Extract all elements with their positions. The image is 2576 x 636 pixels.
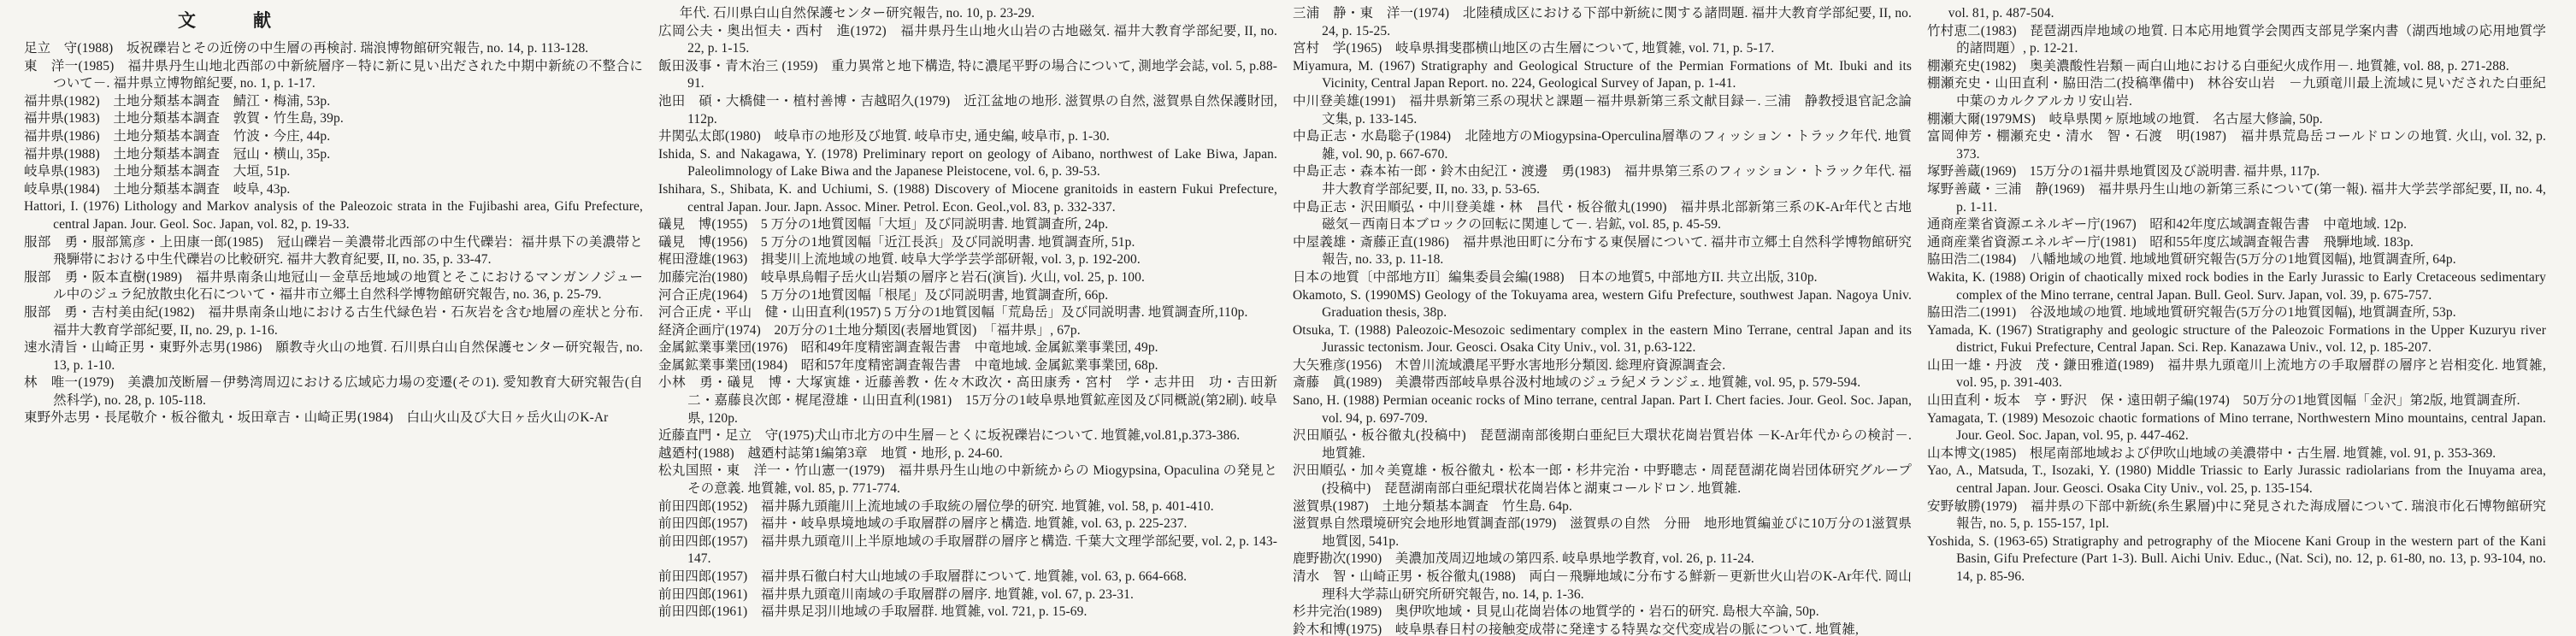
reference-entry: 中島正志・森本祐一郎・鈴木由紀江・渡邊 勇(1983) 福井県第三系のフィッショ…: [1293, 163, 1912, 198]
reference-entry: 河合正虎(1964) 5 万分の1地質図幅「根尾」及び同説明書, 地質調査所, …: [658, 287, 1277, 305]
reference-entry: 池田 碩・大橋健一・植村善博・吉越昭久(1979) 近江盆地の地形. 滋賀県の自…: [658, 93, 1277, 128]
reference-entry: 福井県(1982) 土地分類基本調査 鯖江・梅浦, 53p.: [24, 93, 643, 111]
reference-entry: 棚瀬充史・山田直利・脇田浩二(投稿準備中) 林谷安山岩 －九頭竜川最上流域に見い…: [1927, 75, 2546, 110]
reference-entry: 年代. 石川県白山自然保護センター研究報告, no. 10, p. 23-29.: [658, 5, 1277, 23]
reference-entry: Sano, H. (1988) Permian oceanic rocks of…: [1293, 392, 1912, 427]
reference-entry: 中川登美雄(1991) 福井県新第三系の現状と課題－福井県新第三系文献目録－. …: [1293, 93, 1912, 128]
reference-entry: Yamada, K. (1967) Stratigraphy and geolo…: [1927, 322, 2546, 357]
reference-entry: 井関弘太郎(1980) 岐阜市の地形及び地質. 岐阜市史, 通史編, 岐阜市, …: [658, 128, 1277, 146]
reference-entry: 脇田浩二(1991) 谷汲地域の地質. 地域地質研究報告(5万分の1地質図幅),…: [1927, 304, 2546, 322]
reference-entry: 安野敏勝(1979) 福井県の下部中新統(糸生累層)中に発見された海成層について…: [1927, 498, 2546, 533]
reference-entry: 加藤完治(1980) 岐阜県烏帽子岳火山岩類の層序と岩石(演旨). 火山, vo…: [658, 269, 1277, 287]
reference-entry: 富岡伸芳・棚瀬充史・清水 智・石渡 明(1987) 福井県荒島岳コールドロンの地…: [1927, 128, 2546, 163]
reference-entry: 棚瀬大爾(1979MS) 岐阜県関ヶ原地域の地質. 名古屋大修論, 50p.: [1927, 111, 2546, 129]
reference-entry: 塚野善蔵・三浦 静(1969) 福井県丹生山地の新第三系について(第一報). 福…: [1927, 181, 2546, 216]
reference-entry: 竹村恵二(1983) 琵琶湖西岸地域の地質. 日本応用地質学会関西支部見学案内書…: [1927, 23, 2546, 58]
reference-entry: 塚野善蔵(1969) 15万分の1福井県地質図及び説明書. 福井県, 117p.: [1927, 163, 2546, 181]
reference-entry: 広岡公夫・奥出恒夫・西村 進(1972) 福井県丹生山地火山岩の古地磁気. 福井…: [658, 23, 1277, 58]
reference-entry: Okamoto, S. (1990MS) Geology of the Toku…: [1293, 287, 1912, 322]
reference-entry: 近藤直門・足立 守(1975)犬山市北方の中生層－とくに坂祝礫岩について. 地質…: [658, 427, 1277, 445]
reference-entry: 鈴木和博(1975) 岐阜県春日村の接触変成帯に発達する特異な交代変成岩の脈につ…: [1293, 621, 1912, 636]
reference-entry: 松丸国照・東 洋一・竹山憲一(1979) 福井県丹生山地の中新統からの Miog…: [658, 462, 1277, 498]
reference-entry: 礒見 博(1955) 5 万分の1地質図幅「大垣」及び同説明書. 地質調査所, …: [658, 216, 1277, 234]
reference-entry: 岐阜県(1983) 土地分類基本調査 大垣, 51p.: [24, 163, 643, 181]
reference-entry: 飯田汲事・青木治三 (1959) 重力異常と地下構造, 特に濃尾平野の場合につい…: [658, 58, 1277, 93]
reference-entry: 通商産業省資源エネルギー庁(1981) 昭和55年度広域調査報告書 飛騨地域. …: [1927, 234, 2546, 252]
reference-entry: 清水 智・山崎正男・板谷徹丸(1988) 両白－飛騨地域に分布する鮮新－更新世火…: [1293, 568, 1912, 604]
reference-entry: 服部 勇・吉村美由紀(1982) 福井県南条山地における古生代緑色岩・石灰岩を含…: [24, 304, 643, 339]
reference-entry: Ishida, S. and Nakagawa, Y. (1978) Preli…: [658, 146, 1277, 181]
reference-entry: 金属鉱業事業団(1976) 昭和49年度精密調査報告書 中竜地域. 金属鉱業事業…: [658, 339, 1277, 357]
reference-entry: 中島正志・水島聡子(1984) 北陸地方のMiogypsina-Operculi…: [1293, 128, 1912, 163]
reference-entry: 福井県(1986) 土地分類基本調査 竹波・今庄, 44p.: [24, 128, 643, 146]
reference-entry: 沢田順弘・加々美寛雄・板谷徹丸・松本一郎・杉井完治・中野聰志・周琵琶湖花崗岩団体…: [1293, 462, 1912, 498]
reference-entry: Yoshida, S. (1963-65) Stratigraphy and p…: [1927, 533, 2546, 586]
reference-entry: 杉井完治(1989) 奥伊吹地域・貝見山花崗岩体の地質学的・岩石的研究. 島根大…: [1293, 604, 1912, 621]
reference-entry: 沢田順弘・板谷徹丸(投稿中) 琵琶湖南部後期白亜紀巨大環状花崗岩質岩体 －K-A…: [1293, 427, 1912, 462]
reference-entry: 金属鉱業事業団(1984) 昭和57年度精密調査報告書 中竜地域. 金属鉱業事業…: [658, 357, 1277, 375]
reference-entry: 通商産業省資源エネルギー庁(1967) 昭和42年度広域調査報告書 中竜地域. …: [1927, 216, 2546, 234]
reference-entry: 足立 守(1988) 坂祝礫岩とその近傍の中生層の再検討. 瑞浪博物館研究報告,…: [24, 40, 643, 58]
reference-entry: 前田四郎(1957) 福井・岐阜県境地域の手取層群の層序と構造. 地質雑, vo…: [658, 515, 1277, 533]
reference-entry: Wakita, K. (1988) Origin of chaotically …: [1927, 269, 2546, 304]
reference-entry: Miyamura, M. (1967) Stratigraphy and Geo…: [1293, 58, 1912, 93]
reference-entry: Hattori, I. (1976) Lithology and Markov …: [24, 198, 643, 233]
reference-entry: Yamagata, T. (1989) Mesozoic chaotic for…: [1927, 410, 2546, 445]
reference-entry: 東 洋一(1985) 福井県丹生山地北西部の中新統層序－特に新に見い出だされた中…: [24, 58, 643, 93]
reference-entry: 前田四郎(1952) 福井縣九頭龍川上流地域の手取統の層位學的研究. 地質雑, …: [658, 498, 1277, 516]
reference-entry: 中島正志・沢田順弘・中川登美雄・林 昌代・板谷徹丸(1990) 福井県北部新第三…: [1293, 199, 1912, 234]
reference-entry: 河合正虎・平山 健・山田直利(1957) 5 万分の1地質図幅「荒島岳」及び同説…: [658, 304, 1277, 322]
reference-entry: 日本の地質〔中部地方II〕編集委員会編(1988) 日本の地質5, 中部地方II…: [1293, 269, 1912, 287]
reference-entry: 棚瀬充史(1982) 奥美濃酸性岩類－両白山地における白亜紀火成作用－. 地質雑…: [1927, 58, 2546, 76]
reference-entry: 山本博文(1985) 根尾南部地域および伊吹山地域の美濃帯中・古生層. 地質雑,…: [1927, 445, 2546, 463]
reference-entry: 福井県(1983) 土地分類基本調査 敦賀・竹生島, 39p.: [24, 110, 643, 128]
reference-entry: 中屋義雄・斎藤正直(1986) 福井県池田町に分布する東俣層について. 福井市立…: [1293, 234, 1912, 269]
reference-column: 文 献 足立 守(1988) 坂祝礫岩とその近傍の中生層の再検討. 瑞浪博物館研…: [24, 5, 643, 636]
reference-entry: 鹿野勘次(1990) 美濃加茂周辺地域の第四系. 岐阜県地学教育, vol. 2…: [1293, 551, 1912, 568]
reference-entry: 前田四郎(1957) 福井県石徹白村大山地域の手取層群について. 地質雑, vo…: [658, 568, 1277, 586]
reference-entry: 斎藤 眞(1989) 美濃帯西部岐阜県谷汲村地域のジュラ紀メランジェ. 地質雑,…: [1293, 374, 1912, 392]
reference-entry: 大矢雅彦(1956) 木曽川流域濃尾平野水害地形分類図. 総理府資源調査会.: [1293, 357, 1912, 375]
reference-column: 年代. 石川県白山自然保護センター研究報告, no. 10, p. 23-29.…: [658, 5, 1277, 636]
bibliography-page: 文 献 足立 守(1988) 坂祝礫岩とその近傍の中生層の再検討. 瑞浪博物館研…: [0, 0, 2576, 636]
reference-entry: Otsuka, T. (1988) Paleozoic-Mesozoic sed…: [1293, 322, 1912, 357]
reference-entry: 前田四郎(1961) 福井県九頭竜川南域の手取層群の層序. 地質雑, vol. …: [658, 586, 1277, 604]
reference-entry: 山田直利・坂本 亨・野沢 保・遠田朝子編(1974) 50万分の1地質図幅「金沢…: [1927, 392, 2546, 410]
reference-entry: 梶田澄雄(1963) 揖斐川上流地域の地質. 岐阜大学学芸学部研報, vol. …: [658, 251, 1277, 269]
reference-entry: 経済企画庁(1974) 20万分の1土地分類図(表層地質図) 「福井県」, 67…: [658, 322, 1277, 340]
reference-entry: vol. 81, p. 487-504.: [1927, 5, 2546, 23]
reference-entry: 宮村 学(1965) 岐阜県揖斐郡横山地区の古生層について, 地質雑, vol.…: [1293, 40, 1912, 58]
reference-entry: 滋賀県自然環境研究会地形地質調査部(1979) 滋賀県の自然 分冊 地形地質編並…: [1293, 515, 1912, 551]
reference-entry: 林 唯一(1979) 美濃加茂断層－伊勢湾周辺における広域応力場の変遷(その1)…: [24, 374, 643, 409]
reference-entry: 前田四郎(1957) 福井県九頭竜川上半原地域の手取層群の層序と構造. 千葉大文…: [658, 533, 1277, 568]
reference-entry: 越廼村(1988) 越廼村誌第1編第3章 地質・地形, p. 24-60.: [658, 445, 1277, 463]
reference-entry: 岐阜県(1984) 土地分類基本調査 岐阜, 43p.: [24, 181, 643, 199]
reference-entry: 礒見 博(1956) 5 万分の1地質図幅「近江長浜」及び同説明書. 地質調査所…: [658, 234, 1277, 252]
reference-entry: 福井県(1988) 土地分類基本調査 冠山・横山, 35p.: [24, 146, 643, 164]
reference-entry: 東野外志男・長尾敬介・板谷徹丸・坂田章吉・山崎正男(1984) 白山火山及び大日…: [24, 409, 643, 427]
reference-entry: 前田四郎(1961) 福井県足羽川地域の手取層群. 地質雑, vol. 721,…: [658, 604, 1277, 621]
reference-entry: Ishihara, S., Shibata, K. and Uchiumi, S…: [658, 181, 1277, 216]
reference-entry: 山田一雄・丹波 茂・鎌田雅道(1989) 福井県九頭竜川上流地方の手取層群の層序…: [1927, 357, 2546, 392]
reference-entry: 速水清旨・山崎正男・東野外志男(1986) 願教寺火山の地質. 石川県白山自然保…: [24, 339, 643, 374]
page-title: 文 献: [24, 7, 426, 32]
reference-column: 三浦 静・東 洋一(1974) 北陸積成区における下部中新統に関する諸問題. 福…: [1293, 5, 1912, 636]
reference-entry: 滋賀県(1987) 土地分類基本調査 竹生島. 64p.: [1293, 498, 1912, 516]
reference-entry: 服部 勇・服部篤彦・上田康一郎(1985) 冠山礫岩－美濃帯北西部の中生代礫岩：…: [24, 234, 643, 269]
reference-entry: 脇田浩二(1984) 八幡地域の地質. 地域地質研究報告(5万分の1地質図幅),…: [1927, 251, 2546, 269]
reference-entry: 小林 勇・礒見 博・大塚寅雄・近藤善教・佐々木政次・高田康秀・宮村 学・志井田 …: [658, 374, 1277, 427]
reference-entry: Yao, A., Matsuda, T., Isozaki, Y. (1980)…: [1927, 462, 2546, 498]
reference-column: vol. 81, p. 487-504.竹村恵二(1983) 琵琶湖西岸地域の地…: [1927, 5, 2546, 636]
reference-entry: 服部 勇・阪本直樹(1989) 福井県南条山地冠山－金草岳地域の地質とそこにおけ…: [24, 269, 643, 304]
reference-entry: 三浦 静・東 洋一(1974) 北陸積成区における下部中新統に関する諸問題. 福…: [1293, 5, 1912, 40]
